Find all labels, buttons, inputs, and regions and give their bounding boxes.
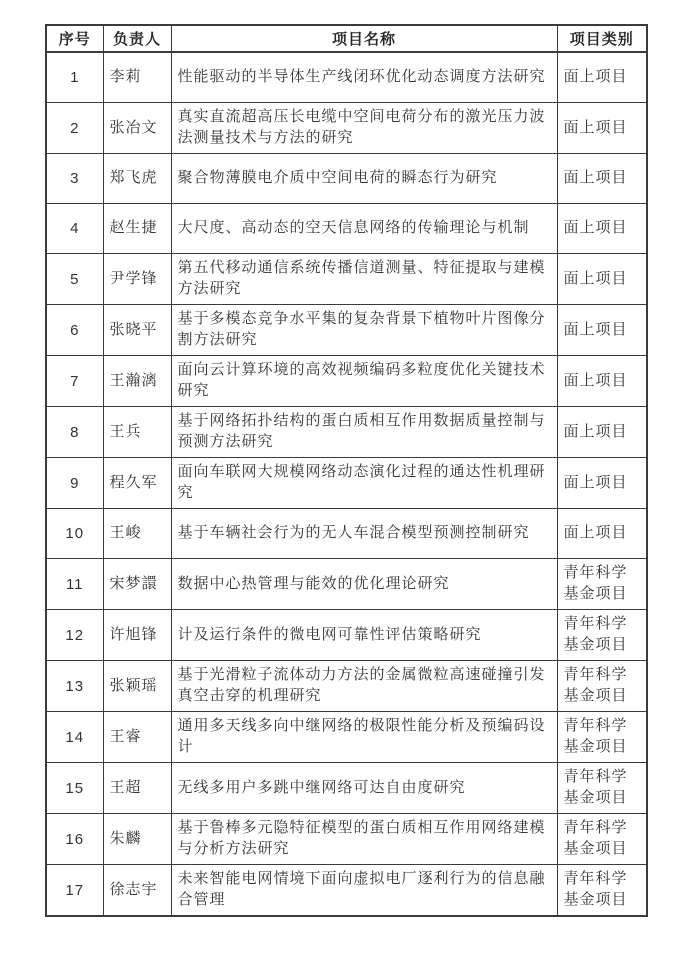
table-row: 14 王睿 通用多天线多向中继网络的极限性能分析及预编码设计 青年科学基金项目 [46, 712, 647, 763]
cell-title: 无线多用户多跳中继网络可达自由度研究 [171, 763, 557, 814]
cell-category: 青年科学基金项目 [557, 763, 647, 814]
table-row: 9 程久军 面向车联网大规模网络动态演化过程的通达性机理研究 面上项目 [46, 458, 647, 509]
header-row: 序号 负责人 项目名称 项目类别 [46, 25, 647, 52]
projects-table: 序号 负责人 项目名称 项目类别 1 李莉 性能驱动的半导体生产线闭环优化动态调… [45, 24, 648, 917]
cell-category: 青年科学基金项目 [557, 661, 647, 712]
table-row: 15 王超 无线多用户多跳中继网络可达自由度研究 青年科学基金项目 [46, 763, 647, 814]
cell-title: 数据中心热管理与能效的优化理论研究 [171, 559, 557, 610]
cell-title: 面向车联网大规模网络动态演化过程的通达性机理研究 [171, 458, 557, 509]
cell-leader: 李莉 [103, 52, 171, 103]
cell-leader: 宋梦譞 [103, 559, 171, 610]
table-row: 13 张颖瑶 基于光滑粒子流体动力方法的金属微粒高速碰撞引发真空击穿的机理研究 … [46, 661, 647, 712]
cell-category: 青年科学基金项目 [557, 559, 647, 610]
cell-category: 青年科学基金项目 [557, 712, 647, 763]
column-header-category: 项目类别 [557, 25, 647, 52]
cell-leader: 王兵 [103, 407, 171, 458]
column-header-leader: 负责人 [103, 25, 171, 52]
cell-index: 12 [46, 610, 103, 661]
cell-title: 基于光滑粒子流体动力方法的金属微粒高速碰撞引发真空击穿的机理研究 [171, 661, 557, 712]
table-row: 10 王峻 基于车辆社会行为的无人车混合模型预测控制研究 面上项目 [46, 509, 647, 559]
cell-leader: 张颖瑶 [103, 661, 171, 712]
table-row: 12 许旭锋 计及运行条件的微电网可靠性评估策略研究 青年科学基金项目 [46, 610, 647, 661]
cell-category: 青年科学基金项目 [557, 610, 647, 661]
cell-leader: 王峻 [103, 509, 171, 559]
cell-index: 10 [46, 509, 103, 559]
table-row: 17 徐志宇 未来智能电网情境下面向虚拟电厂逐利行为的信息融合管理 青年科学基金… [46, 865, 647, 917]
cell-index: 5 [46, 254, 103, 305]
cell-title: 基于车辆社会行为的无人车混合模型预测控制研究 [171, 509, 557, 559]
column-header-index: 序号 [46, 25, 103, 52]
cell-leader: 张冶文 [103, 103, 171, 154]
cell-index: 9 [46, 458, 103, 509]
cell-title: 面向云计算环境的高效视频编码多粒度优化关键技术研究 [171, 356, 557, 407]
cell-index: 14 [46, 712, 103, 763]
cell-index: 17 [46, 865, 103, 917]
cell-category: 面上项目 [557, 254, 647, 305]
cell-category: 面上项目 [557, 356, 647, 407]
cell-index: 4 [46, 204, 103, 254]
cell-title: 聚合物薄膜电介质中空间电荷的瞬态行为研究 [171, 154, 557, 204]
table-row: 5 尹学锋 第五代移动通信系统传播信道测量、特征提取与建模方法研究 面上项目 [46, 254, 647, 305]
cell-leader: 朱麟 [103, 814, 171, 865]
cell-category: 面上项目 [557, 458, 647, 509]
cell-title: 真实直流超高压长电缆中空间电荷分布的激光压力波法测量技术与方法的研究 [171, 103, 557, 154]
cell-title: 基于网络拓扑结构的蛋白质相互作用数据质量控制与预测方法研究 [171, 407, 557, 458]
cell-index: 7 [46, 356, 103, 407]
cell-leader: 赵生捷 [103, 204, 171, 254]
cell-index: 16 [46, 814, 103, 865]
cell-category: 面上项目 [557, 509, 647, 559]
cell-title: 通用多天线多向中继网络的极限性能分析及预编码设计 [171, 712, 557, 763]
cell-category: 面上项目 [557, 52, 647, 103]
table-row: 7 王瀚漓 面向云计算环境的高效视频编码多粒度优化关键技术研究 面上项目 [46, 356, 647, 407]
table-row: 6 张晓平 基于多模态竞争水平集的复杂背景下植物叶片图像分割方法研究 面上项目 [46, 305, 647, 356]
column-header-title: 项目名称 [171, 25, 557, 52]
cell-leader: 王瀚漓 [103, 356, 171, 407]
cell-index: 2 [46, 103, 103, 154]
cell-index: 15 [46, 763, 103, 814]
cell-leader: 徐志宇 [103, 865, 171, 917]
cell-leader: 许旭锋 [103, 610, 171, 661]
cell-index: 3 [46, 154, 103, 204]
cell-title: 第五代移动通信系统传播信道测量、特征提取与建模方法研究 [171, 254, 557, 305]
cell-index: 13 [46, 661, 103, 712]
cell-category: 青年科学基金项目 [557, 814, 647, 865]
cell-category: 面上项目 [557, 305, 647, 356]
table-row: 16 朱麟 基于鲁棒多元隐特征模型的蛋白质相互作用网络建模与分析方法研究 青年科… [46, 814, 647, 865]
cell-category: 面上项目 [557, 407, 647, 458]
cell-category: 面上项目 [557, 154, 647, 204]
cell-category: 面上项目 [557, 204, 647, 254]
cell-leader: 郑飞虎 [103, 154, 171, 204]
cell-title: 基于多模态竞争水平集的复杂背景下植物叶片图像分割方法研究 [171, 305, 557, 356]
cell-title: 基于鲁棒多元隐特征模型的蛋白质相互作用网络建模与分析方法研究 [171, 814, 557, 865]
table-header: 序号 负责人 项目名称 项目类别 [46, 25, 647, 52]
table-row: 4 赵生捷 大尺度、高动态的空天信息网络的传输理论与机制 面上项目 [46, 204, 647, 254]
cell-title: 大尺度、高动态的空天信息网络的传输理论与机制 [171, 204, 557, 254]
cell-leader: 王睿 [103, 712, 171, 763]
cell-index: 6 [46, 305, 103, 356]
cell-category: 面上项目 [557, 103, 647, 154]
cell-index: 8 [46, 407, 103, 458]
cell-category: 青年科学基金项目 [557, 865, 647, 917]
cell-leader: 王超 [103, 763, 171, 814]
table-row: 3 郑飞虎 聚合物薄膜电介质中空间电荷的瞬态行为研究 面上项目 [46, 154, 647, 204]
cell-title: 性能驱动的半导体生产线闭环优化动态调度方法研究 [171, 52, 557, 103]
table-row: 1 李莉 性能驱动的半导体生产线闭环优化动态调度方法研究 面上项目 [46, 52, 647, 103]
table-row: 11 宋梦譞 数据中心热管理与能效的优化理论研究 青年科学基金项目 [46, 559, 647, 610]
cell-leader: 尹学锋 [103, 254, 171, 305]
document-page: 序号 负责人 项目名称 项目类别 1 李莉 性能驱动的半导体生产线闭环优化动态调… [0, 0, 700, 954]
cell-title: 计及运行条件的微电网可靠性评估策略研究 [171, 610, 557, 661]
cell-leader: 张晓平 [103, 305, 171, 356]
cell-title: 未来智能电网情境下面向虚拟电厂逐利行为的信息融合管理 [171, 865, 557, 917]
cell-leader: 程久军 [103, 458, 171, 509]
cell-index: 1 [46, 52, 103, 103]
cell-index: 11 [46, 559, 103, 610]
table-row: 2 张冶文 真实直流超高压长电缆中空间电荷分布的激光压力波法测量技术与方法的研究… [46, 103, 647, 154]
table-row: 8 王兵 基于网络拓扑结构的蛋白质相互作用数据质量控制与预测方法研究 面上项目 [46, 407, 647, 458]
table-body: 1 李莉 性能驱动的半导体生产线闭环优化动态调度方法研究 面上项目 2 张冶文 … [46, 52, 647, 916]
